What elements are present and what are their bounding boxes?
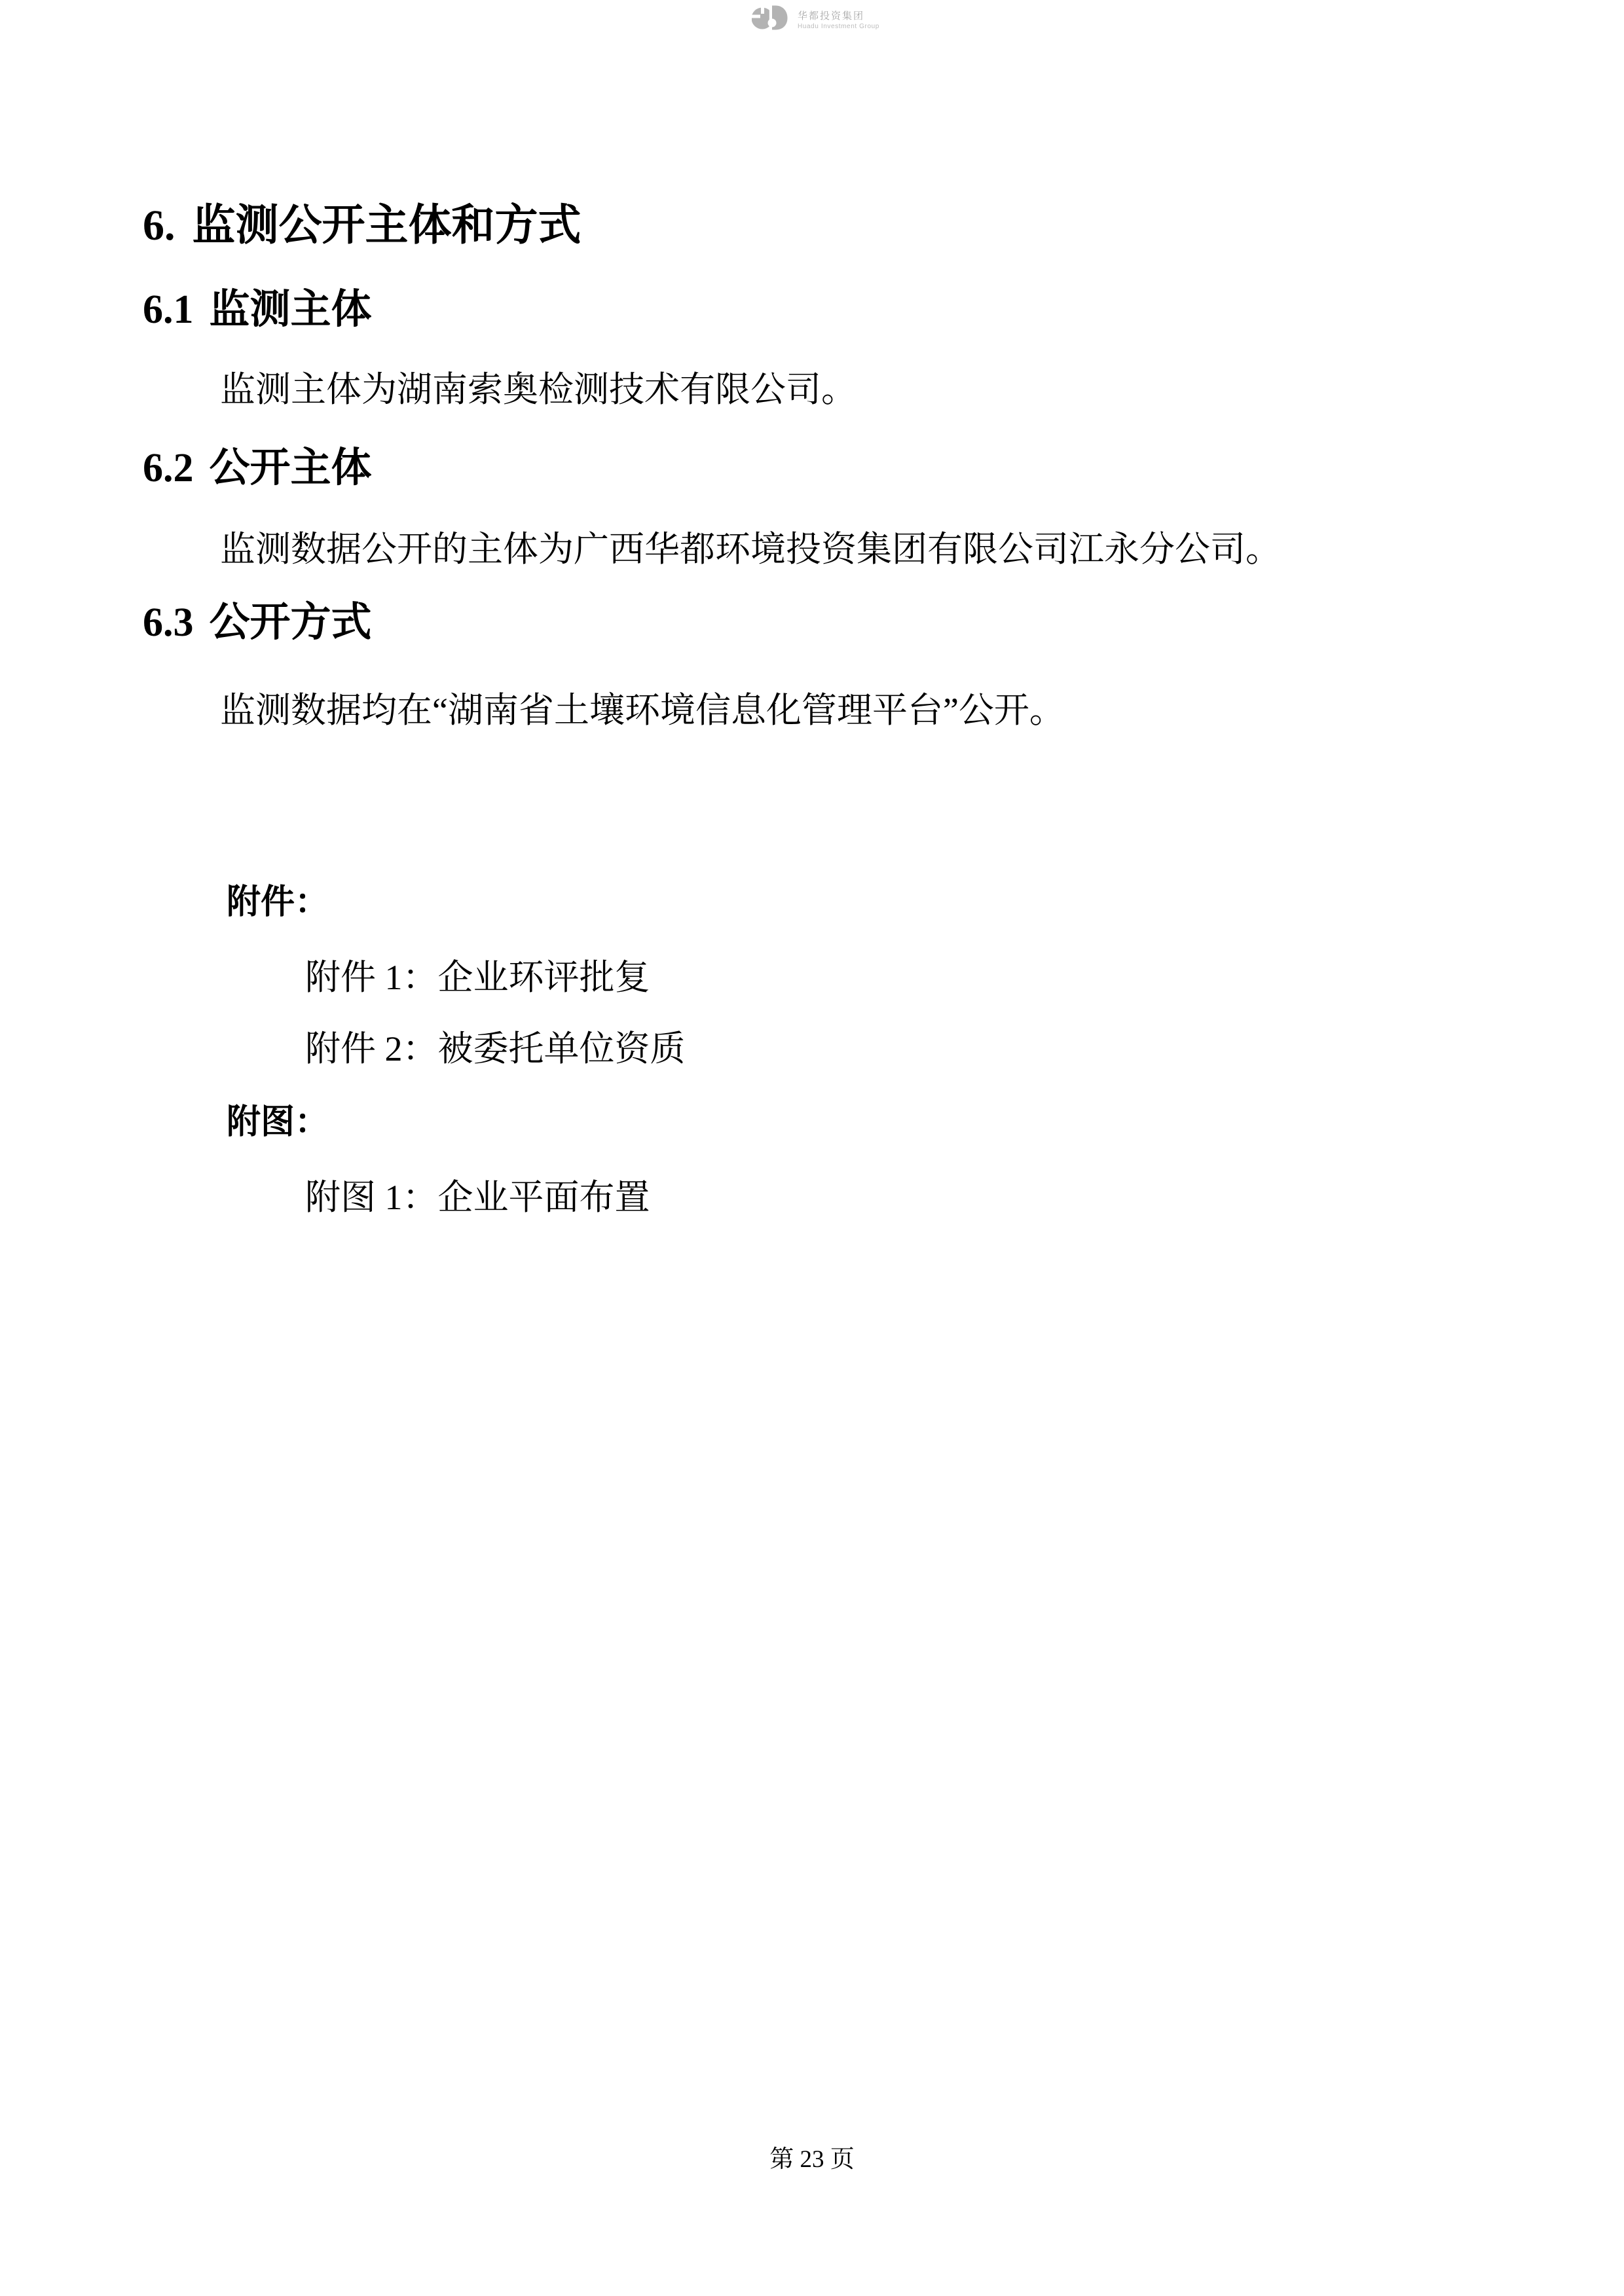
attachment-item-2: 附件 2：被委托单位资质 (305, 1031, 1479, 1066)
document-content: 6.监测公开主体和方式 6.1监测主体 监测主体为湖南索奥检测技术有限公司。 6… (143, 0, 1479, 1215)
section-heading-6-2: 6.2公开主体 (143, 448, 1479, 488)
chapter-title: 监测公开主体和方式 (193, 202, 581, 249)
document-page: 华都投资集团 Huadu Investment Group 6.监测公开主体和方… (0, 0, 1624, 2296)
section-number: 6.3 (143, 600, 194, 645)
section-body-6-1: 监测主体为湖南索奥检测技术有限公司。 (143, 369, 1479, 410)
section-body-6-2: 监测数据公开的主体为广西华都环境投资集团有限公司江永分公司。 (143, 529, 1479, 570)
section-title: 公开方式 (210, 600, 372, 645)
chapter-number: 6. (143, 202, 175, 249)
attachments-label: 附件： (227, 885, 1479, 919)
chapter-heading: 6.监测公开主体和方式 (143, 204, 1479, 247)
page-number-footer: 第 23 页 (0, 2147, 1624, 2172)
attachment-item-1: 附件 1：企业环评批复 (305, 960, 1479, 995)
section-title: 监测主体 (210, 287, 372, 332)
figures-label: 附图： (227, 1105, 1479, 1139)
section-number: 6.1 (143, 287, 194, 332)
section-heading-6-3: 6.3公开方式 (143, 602, 1479, 643)
section-body-6-3: 监测数据均在“湖南省土壤环境信息化管理平台”公开。 (143, 690, 1479, 731)
section-title: 公开主体 (210, 446, 372, 490)
section-heading-6-1: 6.1监测主体 (143, 289, 1479, 330)
figure-item-1: 附图 1：企业平面布置 (305, 1180, 1479, 1215)
section-number: 6.2 (143, 446, 194, 490)
